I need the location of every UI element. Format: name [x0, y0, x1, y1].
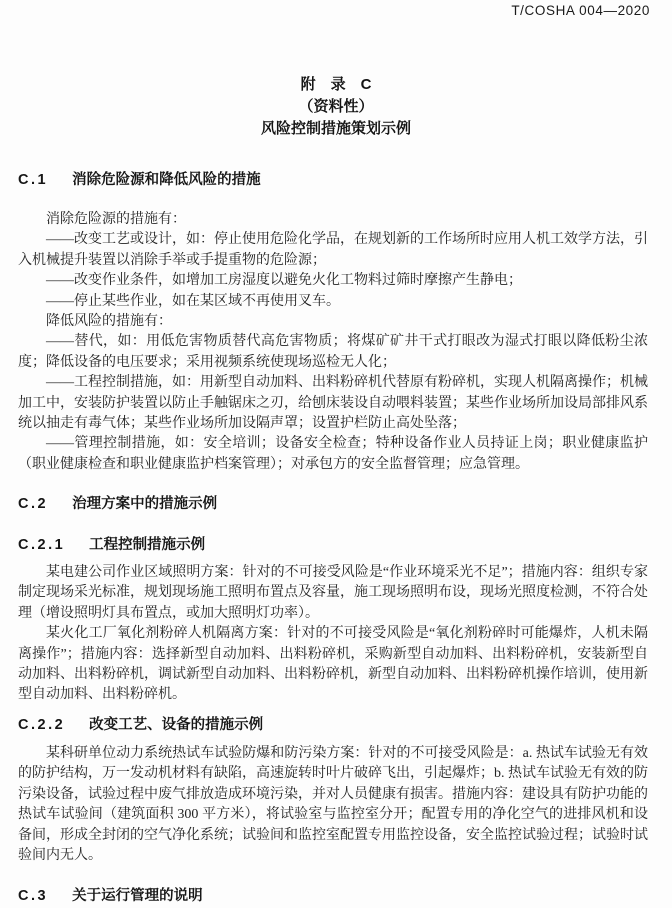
doc-number: T/COSHA 004—2020: [511, 3, 650, 18]
section-number: C.2.1: [18, 537, 65, 553]
paragraph: ——工程控制措施，如：用新型自动加料、出料粉碎机代替原有粉碎机，实现人机隔离操作…: [18, 373, 648, 434]
section-title: 关于运行管理的说明: [72, 888, 203, 904]
section-number: C.1: [18, 172, 48, 188]
section-heading-c2-1: C.2.1工程控制措施示例: [18, 535, 648, 556]
section-title: 消除危险源和降低风险的措施: [72, 172, 261, 188]
paragraph: 某科研单位动力系统热试车试验防爆和防污染方案：针对的不可接受风险是：a. 热试车…: [18, 744, 648, 866]
paragraph: 某火化工厂氧化剂粉碎人机隔离方案：针对的不可接受风险是“氧化剂粉碎时可能爆炸，人…: [18, 624, 648, 706]
appendix-title-block: 附 录 C （资料性） 风险控制措施策划示例: [0, 74, 672, 140]
paragraph: 消除危险源的措施有：: [18, 210, 648, 230]
section-title: 工程控制措施示例: [89, 537, 205, 553]
section-number: C.3: [18, 888, 48, 904]
section-heading-c1: C.1消除危险源和降低风险的措施: [18, 170, 648, 191]
section-heading-c2-2: C.2.2改变工艺、设备的措施示例: [18, 715, 648, 736]
document-page: T/COSHA 004—2020 附 录 C （资料性） 风险控制措施策划示例 …: [0, 0, 672, 908]
paragraph: ——管理控制措施，如：安全培训；设备安全检查；特种设备作业人员持证上岗；职业健康…: [18, 434, 648, 475]
appendix-type-note: （资料性）: [0, 96, 672, 118]
paragraph: ——替代，如：用低危害物质替代高危害物质；将煤矿矿井干式打眼改为湿式打眼以降低粉…: [18, 332, 648, 373]
section-number: C.2: [18, 496, 48, 512]
section-title: 改变工艺、设备的措施示例: [89, 717, 263, 733]
section-heading-c2: C.2治理方案中的措施示例: [18, 494, 648, 515]
section-heading-c3: C.3关于运行管理的说明: [18, 886, 648, 907]
paragraph: ——改变作业条件，如增加工房湿度以避免火化工物料过筛时摩擦产生静电；: [18, 271, 648, 291]
appendix-subtitle: 风险控制措施策划示例: [0, 118, 672, 140]
section-body-c1: 消除危险源的措施有： ——改变工艺或设计，如：停止使用危险化学品，在规划新的工作…: [18, 210, 648, 475]
section-body-c2-1: 某电建公司作业区域照明方案：针对的不可接受风险是“作业环境采光不足”；措施内容：…: [18, 563, 648, 706]
section-title: 治理方案中的措施示例: [72, 496, 217, 512]
paragraph: 降低风险的措施有：: [18, 312, 648, 332]
appendix-title: 附 录 C: [0, 74, 672, 96]
section-number: C.2.2: [18, 717, 65, 733]
paragraph: ——改变工艺或设计，如：停止使用危险化学品，在规划新的工作场所时应用人机工效学方…: [18, 230, 648, 271]
paragraph: ——停止某些作业，如在某区域不再使用叉车。: [18, 292, 648, 312]
paragraph: 某电建公司作业区域照明方案：针对的不可接受风险是“作业环境采光不足”；措施内容：…: [18, 563, 648, 624]
section-body-c2-2: 某科研单位动力系统热试车试验防爆和防污染方案：针对的不可接受风险是：a. 热试车…: [18, 744, 648, 866]
